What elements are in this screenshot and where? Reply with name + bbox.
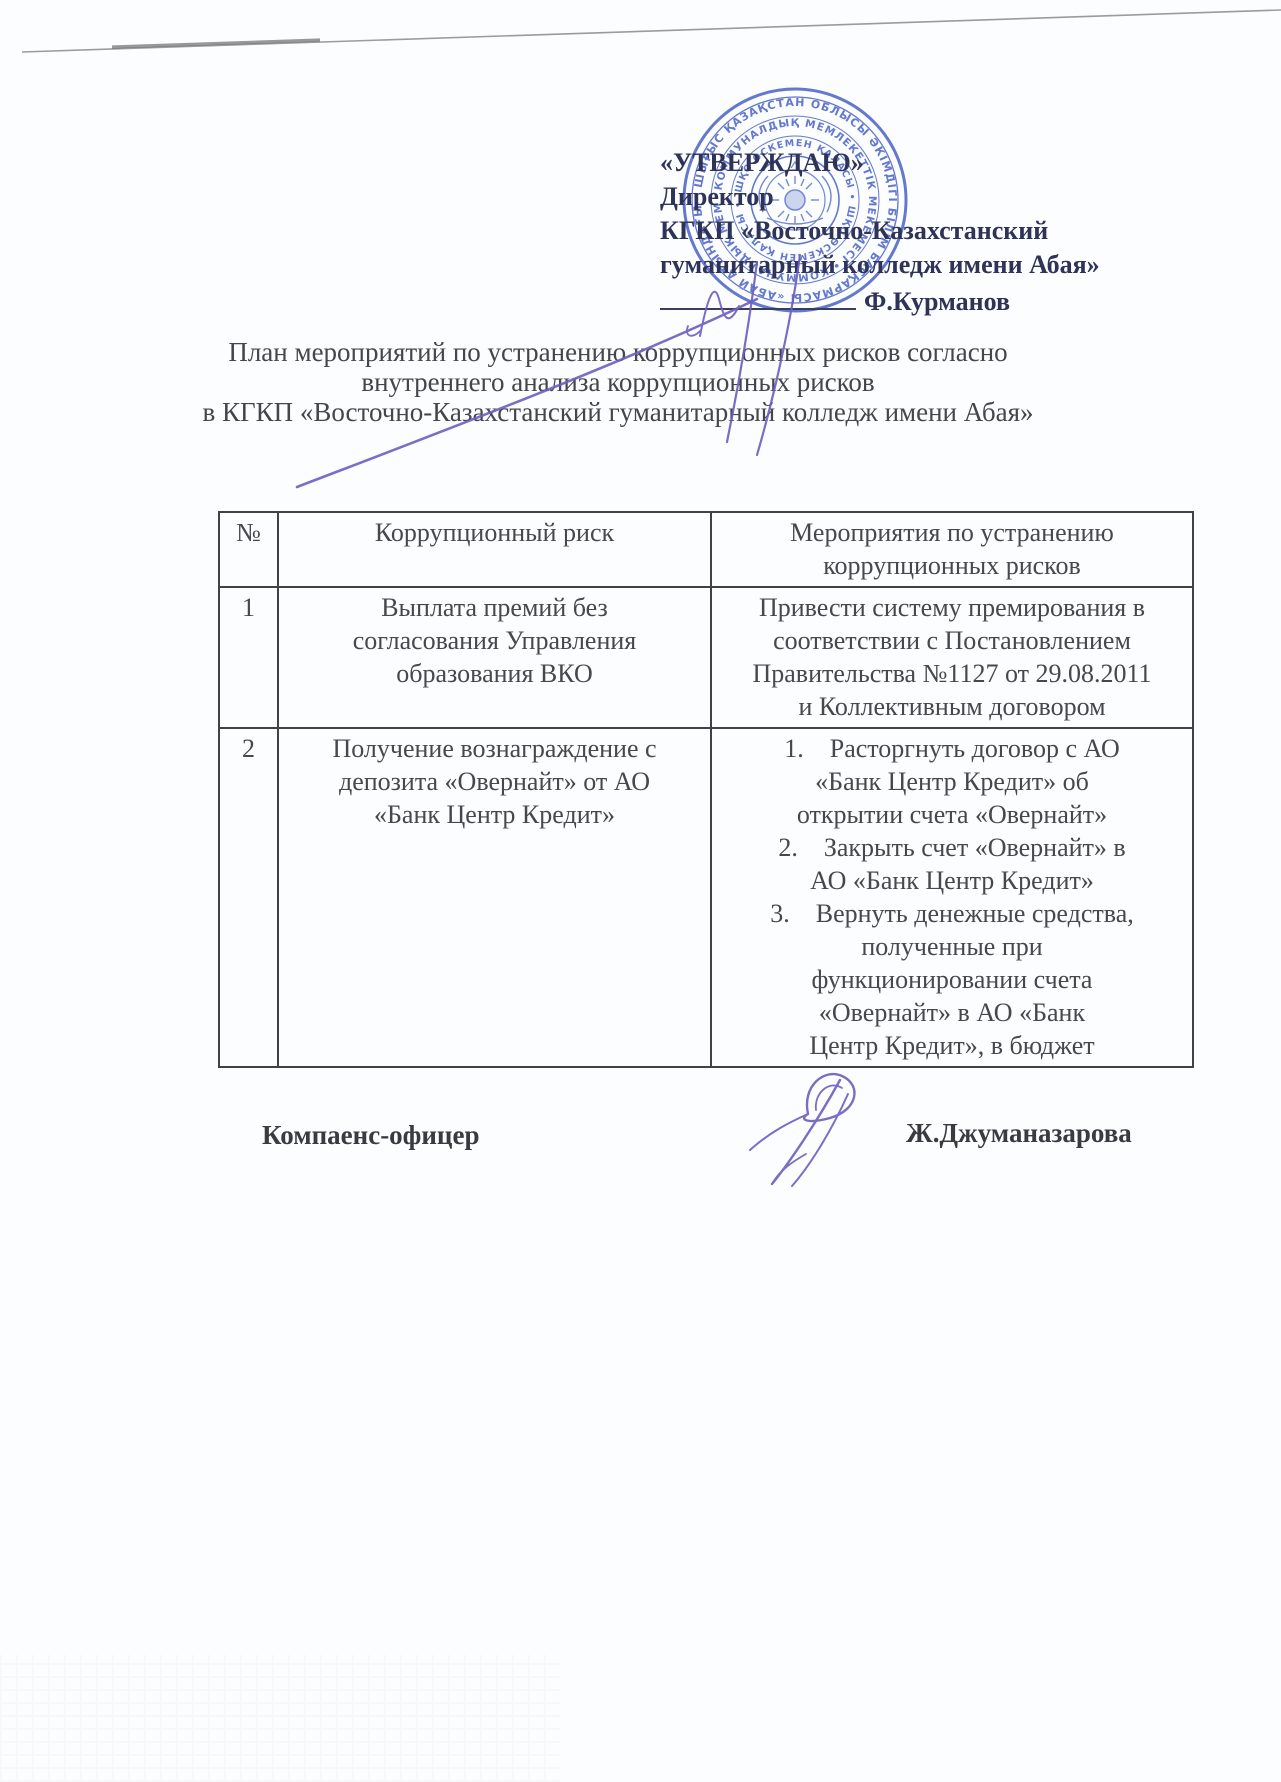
approval-line-utverzhdayu: «УТВЕРЖДАЮ»	[660, 146, 1100, 180]
title-line-3: в КГКП «Восточно-Казахстанский гуманитар…	[0, 397, 1236, 427]
compliance-officer-signature-ink	[690, 1050, 910, 1200]
compliance-officer-name: Ж.Джуманазарова	[906, 1118, 1132, 1149]
document-title: План мероприятий по устранению коррупцио…	[0, 337, 1236, 427]
signature-line	[660, 282, 856, 310]
approval-line-director: Директор	[660, 180, 1100, 214]
approval-line-org-1: КГКП «Восточно-Казахстанский	[660, 214, 1100, 248]
header-cell-num: №	[219, 512, 278, 587]
document-page: ШЫҒЫС ҚАЗАҚСТАН ОБЛЫСЫ ӘКІМДІГІ БІЛІМ БА…	[0, 0, 1281, 1782]
row-number-cell: 1	[219, 587, 278, 728]
header-cell-risk: Коррупционный риск	[278, 512, 711, 587]
signer-name: Ф.Курманов	[864, 287, 1010, 316]
measure-item: 1. Расторгнуть договор с АО «Банк Центр …	[718, 732, 1186, 831]
risk-table: № Коррупционный риск Мероприятия по устр…	[218, 511, 1194, 1068]
title-line-2: внутреннего анализа коррупционных рисков	[0, 367, 1236, 397]
table-body: 1 Выплата премий без согласования Управл…	[219, 587, 1193, 1067]
measure-item: 3. Вернуть денежные средства, полученные…	[718, 897, 1186, 1062]
measure-paragraph: Привести систему премирования в соответс…	[718, 591, 1186, 723]
table-row: 1 Выплата премий без согласования Управл…	[219, 587, 1193, 728]
table-row: 2 Получение вознаграждение с депозита «О…	[219, 728, 1193, 1067]
approval-block: «УТВЕРЖДАЮ» Директор КГКП «Восточно-Каза…	[660, 146, 1100, 319]
header-cell-measures: Мероприятия по устранению коррупционных …	[711, 512, 1193, 587]
measures-cell: 1. Расторгнуть договор с АО «Банк Центр …	[711, 728, 1193, 1067]
approval-line-org-2: гуманитарный колледж имени Абая»	[660, 248, 1100, 282]
scan-artifact-line	[0, 0, 1281, 80]
approval-sign-row: Ф.Курманов	[660, 282, 1100, 319]
table-header-row: № Коррупционный риск Мероприятия по устр…	[219, 512, 1193, 587]
measure-item: 2. Закрыть счет «Овернайт» в АО «Банк Це…	[718, 831, 1186, 897]
title-line-1: План мероприятий по устранению коррупцио…	[0, 337, 1236, 367]
compliance-officer-role: Компаенс-офицер	[262, 1120, 479, 1151]
measures-cell: Привести систему премирования в соответс…	[711, 587, 1193, 728]
risk-cell: Получение вознаграждение с депозита «Ове…	[278, 728, 711, 1067]
page-texture	[0, 1655, 560, 1782]
risk-cell: Выплата премий без согласования Управлен…	[278, 587, 711, 728]
row-number-cell: 2	[219, 728, 278, 1067]
